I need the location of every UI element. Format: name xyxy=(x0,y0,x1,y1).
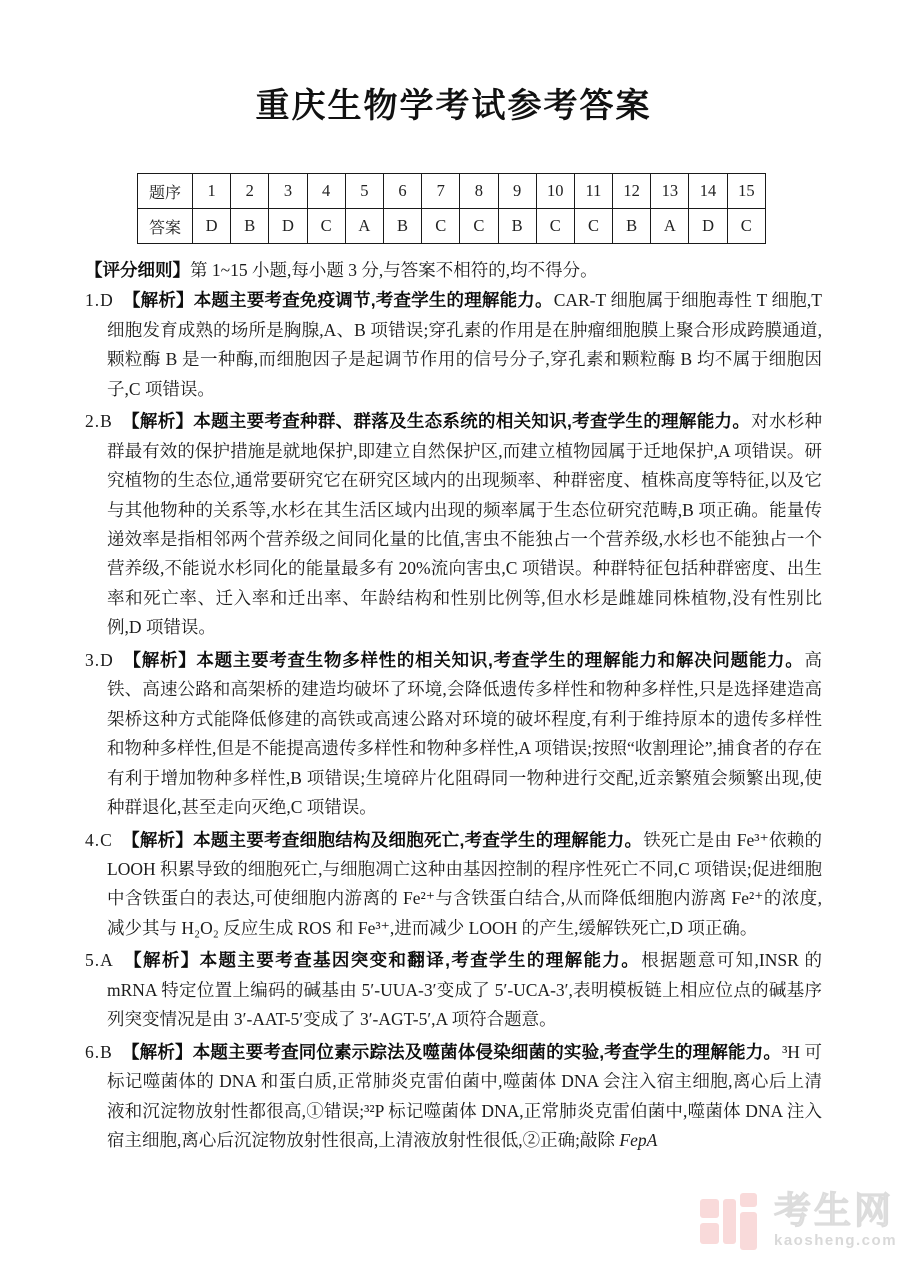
logo-block xyxy=(723,1199,736,1244)
document-content: 重庆生物学考试参考答案 题序 1 2 3 4 5 6 7 8 9 10 11 1… xyxy=(0,0,900,1156)
question-number-cell: 14 xyxy=(689,174,727,209)
answer-cell: D xyxy=(269,209,307,244)
question-number-cell: 6 xyxy=(383,174,421,209)
question-number-row: 题序 1 2 3 4 5 6 7 8 9 10 11 12 13 14 15 xyxy=(138,174,766,209)
item-analysis-lead: 【解析】本题主要考查生物多样性的相关知识,考查学生的理解能力和解决问题能力。 xyxy=(123,650,804,670)
answer-cell: B xyxy=(383,209,421,244)
answer-key-table: 题序 1 2 3 4 5 6 7 8 9 10 11 12 13 14 15 xyxy=(137,173,766,244)
explanation-item-5: 5.A【解析】本题主要考查基因突变和翻译,考查学生的理解能力。根据题意可知,IN… xyxy=(85,946,822,1034)
watermark-text: 考生网 kaosheng.com xyxy=(774,1192,897,1250)
question-number-cell: 11 xyxy=(574,174,612,209)
row-label-question: 题序 xyxy=(138,174,193,209)
question-number-cell: 12 xyxy=(613,174,651,209)
page-title: 重庆生物学考试参考答案 xyxy=(85,78,822,127)
question-number-cell: 3 xyxy=(269,174,307,209)
answer-cell: C xyxy=(536,209,574,244)
scoring-rule-tag: 【评分细则】 xyxy=(85,260,190,280)
answer-cell: D xyxy=(193,209,231,244)
answer-cell: D xyxy=(689,209,727,244)
answer-cell: B xyxy=(231,209,269,244)
item-analysis-body: 高铁、高速公路和高架桥的建造均破坏了环境,会降低遗传多样性和物种多样性,只是选择… xyxy=(107,650,822,817)
answer-cell: C xyxy=(422,209,460,244)
answer-cell: C xyxy=(307,209,345,244)
item-analysis-lead: 【解析】本题主要考查细胞结构及细胞死亡,考查学生的理解能力。 xyxy=(122,830,642,850)
logo-block xyxy=(740,1212,757,1250)
question-number-cell: 15 xyxy=(727,174,765,209)
item-number-answer: 6.B xyxy=(85,1042,113,1062)
explanation-item-1: 1.D【解析】本题主要考查免疫调节,考查学生的理解能力。CAR-T 细胞属于细胞… xyxy=(85,286,822,404)
item-number-answer: 2.B xyxy=(85,411,113,431)
question-number-cell: 8 xyxy=(460,174,498,209)
question-number-cell: 9 xyxy=(498,174,536,209)
kaosheng-watermark: 考生网 kaosheng.com xyxy=(698,1192,897,1252)
logo-block xyxy=(700,1199,719,1218)
explanation-item-4: 4.C【解析】本题主要考查细胞结构及细胞死亡,考查学生的理解能力。铁死亡是由 F… xyxy=(85,826,822,944)
question-number-cell: 2 xyxy=(231,174,269,209)
answer-row: 答案 D B D C A B C C B C C B A D C xyxy=(138,209,766,244)
scoring-rule-text: 第 1~15 小题,每小题 3 分,与答案不相符的,均不得分。 xyxy=(190,260,598,280)
answer-cell: C xyxy=(460,209,498,244)
logo-block xyxy=(700,1223,719,1244)
document-page: 重庆生物学考试参考答案 题序 1 2 3 4 5 6 7 8 9 10 11 1… xyxy=(0,0,900,1265)
item-number-answer: 1.D xyxy=(85,290,114,310)
question-number-cell: 10 xyxy=(536,174,574,209)
row-label-answer: 答案 xyxy=(138,209,193,244)
logo-block xyxy=(740,1193,757,1207)
item-number-answer: 4.C xyxy=(85,830,113,850)
question-number-cell: 4 xyxy=(307,174,345,209)
answer-cell: A xyxy=(651,209,689,244)
explanation-item-6: 6.B【解析】本题主要考查同位素示踪法及噬菌体侵染细菌的实验,考查学生的理解能力… xyxy=(85,1038,822,1156)
item-analysis-lead: 【解析】本题主要考查免疫调节,考查学生的理解能力。 xyxy=(123,290,553,310)
answer-cell: C xyxy=(574,209,612,244)
question-number-cell: 1 xyxy=(193,174,231,209)
item-analysis-body: 对水杉种群最有效的保护措施是就地保护,即建立自然保护区,而建立植物园属于迁地保护… xyxy=(107,411,822,637)
question-number-cell: 13 xyxy=(651,174,689,209)
explanation-item-2: 2.B【解析】本题主要考查种群、群落及生态系统的相关知识,考查学生的理解能力。对… xyxy=(85,407,822,643)
item-analysis-lead: 【解析】本题主要考查基因突变和翻译,考查学生的理解能力。 xyxy=(123,950,640,970)
gene-name-italic: FepA xyxy=(619,1130,657,1150)
answer-cell: A xyxy=(345,209,383,244)
item-analysis-lead: 【解析】本题主要考查同位素示踪法及噬菌体侵染细菌的实验,考查学生的理解能力。 xyxy=(122,1042,781,1062)
question-number-cell: 7 xyxy=(422,174,460,209)
item-number-answer: 5.A xyxy=(85,950,114,970)
watermark-site-url: kaosheng.com xyxy=(774,1232,897,1250)
kaosheng-logo-icon xyxy=(698,1192,764,1252)
question-number-cell: 5 xyxy=(345,174,383,209)
explanation-item-3: 3.D【解析】本题主要考查生物多样性的相关知识,考查学生的理解能力和解决问题能力… xyxy=(85,646,822,823)
explanation-list: 1.D【解析】本题主要考查免疫调节,考查学生的理解能力。CAR-T 细胞属于细胞… xyxy=(85,286,822,1155)
answer-cell: C xyxy=(727,209,765,244)
scoring-rule: 【评分细则】第 1~15 小题,每小题 3 分,与答案不相符的,均不得分。 xyxy=(85,256,822,285)
answer-cell: B xyxy=(613,209,651,244)
item-analysis-lead: 【解析】本题主要考查种群、群落及生态系统的相关知识,考查学生的理解能力。 xyxy=(122,411,750,431)
answer-cell: B xyxy=(498,209,536,244)
item-number-answer: 3.D xyxy=(85,650,114,670)
watermark-site-name: 考生网 xyxy=(774,1192,897,1230)
